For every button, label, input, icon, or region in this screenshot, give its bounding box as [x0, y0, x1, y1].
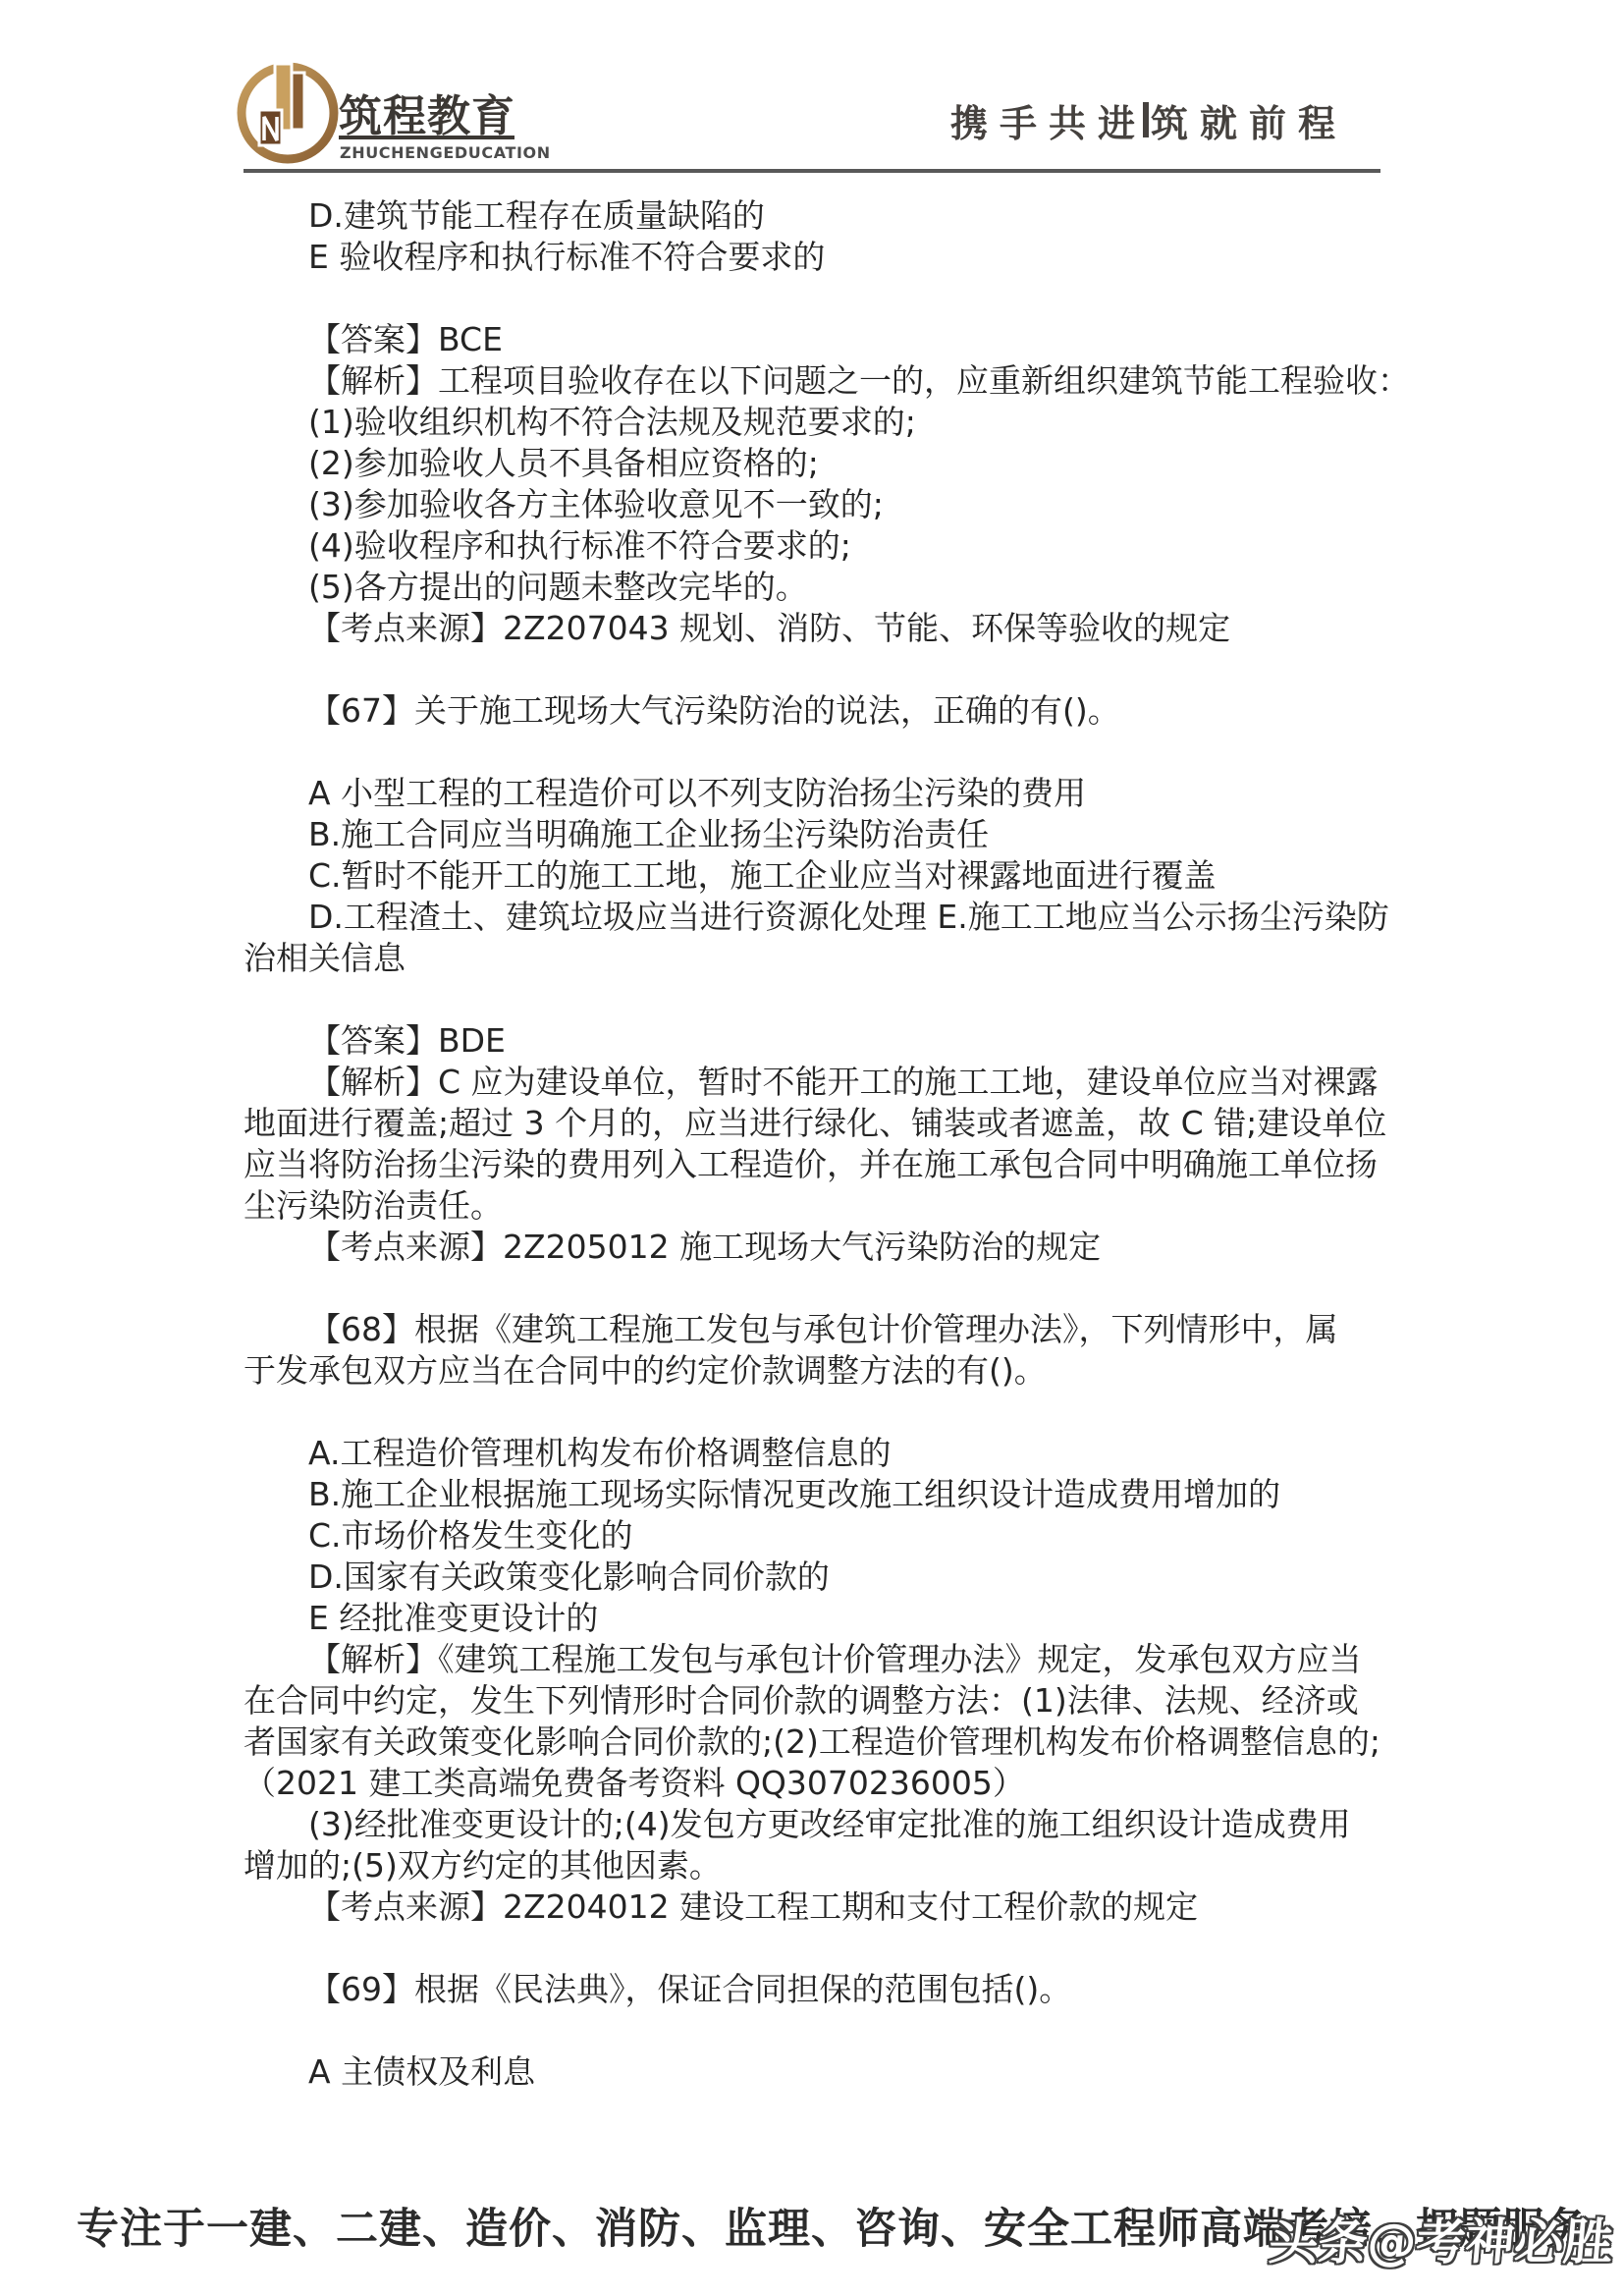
- doc-line: A 主债权及利息: [243, 2051, 1392, 2093]
- doc-line: A.工程造价管理机构发布价格调整信息的: [243, 1433, 1392, 1474]
- header-divider-rule: [243, 169, 1380, 173]
- doc-blank-line: [243, 2010, 1392, 2051]
- doc-line: 【67】关于施工现场大气污染防治的说法，正确的有()。: [243, 690, 1392, 732]
- doc-line: 【考点来源】2Z207043 规划、消防、节能、环保等验收的规定: [243, 608, 1392, 649]
- doc-line: A 小型工程的工程造价可以不列支防治扬尘污染的费用: [243, 773, 1392, 814]
- doc-blank-line: [243, 1928, 1392, 1969]
- slogan-right: 筑就前程: [1151, 93, 1347, 147]
- doc-blank-line: [243, 979, 1392, 1020]
- doc-line: 于发承包双方应当在合同中的约定价款调整方法的有()。: [243, 1350, 1392, 1392]
- doc-line: （2021 建工类高端免费备考资料 QQ3070236005）: [243, 1763, 1392, 1804]
- doc-line: 增加的;(5)双方约定的其他因素。: [243, 1845, 1392, 1886]
- doc-line: C.市场价格发生变化的: [243, 1515, 1392, 1557]
- doc-line: 【68】根据《建筑工程施工发包与承包计价管理办法》，下列情形中，属: [243, 1309, 1392, 1350]
- doc-line: D.建筑节能工程存在质量缺陷的: [243, 195, 1392, 237]
- doc-line: (5)各方提出的问题未整改完毕的。: [243, 567, 1392, 608]
- doc-line: (4)验收程序和执行标准不符合要求的;: [243, 525, 1392, 567]
- doc-line: 尘污染防治责任。: [243, 1185, 1392, 1227]
- slogan-divider-bar: [1143, 102, 1149, 137]
- doc-blank-line: [243, 1392, 1392, 1433]
- doc-line: 【考点来源】2Z204012 建设工程工期和支付工程价款的规定: [243, 1886, 1392, 1928]
- toutiao-watermark: 头条@考神必胜: [1267, 2203, 1616, 2273]
- doc-line: 【69】根据《民法典》，保证合同担保的范围包括()。: [243, 1969, 1392, 2010]
- brand-underline: [339, 136, 514, 139]
- doc-line: 治相关信息: [243, 938, 1392, 979]
- doc-line: 者国家有关政策变化影响合同价款的;(2)工程造价管理机构发布价格调整信息的;: [243, 1722, 1392, 1763]
- doc-blank-line: [243, 278, 1392, 319]
- doc-line: 【答案】BCE: [243, 319, 1392, 360]
- doc-line: E 验收程序和执行标准不符合要求的: [243, 237, 1392, 278]
- doc-line: B.施工企业根据施工现场实际情况更改施工组织设计造成费用增加的: [243, 1474, 1392, 1515]
- doc-line: 【解析】C 应为建设单位，暂时不能开工的施工工地，建设单位应当对裸露: [243, 1062, 1392, 1103]
- doc-line: 地面进行覆盖;超过 3 个月的，应当进行绿化、铺装或者遮盖，故 C 错;建设单位: [243, 1103, 1392, 1144]
- doc-blank-line: [243, 649, 1392, 690]
- doc-line: D.国家有关政策变化影响合同价款的: [243, 1557, 1392, 1598]
- doc-blank-line: [243, 732, 1392, 773]
- doc-line: 应当将防治扬尘污染的费用列入工程造价，并在施工承包合同中明确施工单位扬: [243, 1144, 1392, 1185]
- doc-line: 在合同中约定，发生下列情形时合同价款的调整方法：(1)法律、法规、经济或: [243, 1680, 1392, 1722]
- doc-line: (3)经批准变更设计的;(4)发包方更改经审定批准的施工组织设计造成费用: [243, 1804, 1392, 1845]
- document-page: 筑程教育 ZHUCHENGEDUCATION 携手共进 筑就前程 D.建筑节能工…: [0, 0, 1623, 2296]
- doc-line: E 经批准变更设计的: [243, 1598, 1392, 1639]
- document-body: D.建筑节能工程存在质量缺陷的 E 验收程序和执行标准不符合要求的 【答案】BC…: [243, 195, 1392, 2093]
- doc-line: 【解析】工程项目验收存在以下问题之一的，应重新组织建筑节能工程验收：: [243, 360, 1392, 402]
- doc-line: 【考点来源】2Z205012 施工现场大气污染防治的规定: [243, 1227, 1392, 1268]
- header-slogan: 携手共进 筑就前程: [950, 98, 1347, 141]
- slogan-left: 携手共进: [950, 93, 1147, 147]
- doc-line: 【答案】BDE: [243, 1020, 1392, 1062]
- doc-line: (3)参加验收各方主体验收意见不一致的;: [243, 484, 1392, 525]
- doc-line: B.施工合同应当明确施工企业扬尘污染防治责任: [243, 814, 1392, 855]
- doc-line: D.工程渣土、建筑垃圾应当进行资源化处理 E.施工工地应当公示扬尘污染防: [243, 897, 1392, 938]
- building-logo-icon: [234, 59, 342, 167]
- doc-line: C.暂时不能开工的施工工地，施工企业应当对裸露地面进行覆盖: [243, 855, 1392, 897]
- doc-line: (1)验收组织机构不符合法规及规范要求的;: [243, 402, 1392, 443]
- brand-name: 筑程教育: [339, 81, 517, 143]
- doc-blank-line: [243, 1268, 1392, 1309]
- doc-line: (2)参加验收人员不具备相应资格的;: [243, 443, 1392, 484]
- doc-line: 【解析】《建筑工程施工发包与承包计价管理办法》规定，发承包双方应当: [243, 1639, 1392, 1680]
- brand-subtitle: ZHUCHENGEDUCATION: [340, 143, 551, 162]
